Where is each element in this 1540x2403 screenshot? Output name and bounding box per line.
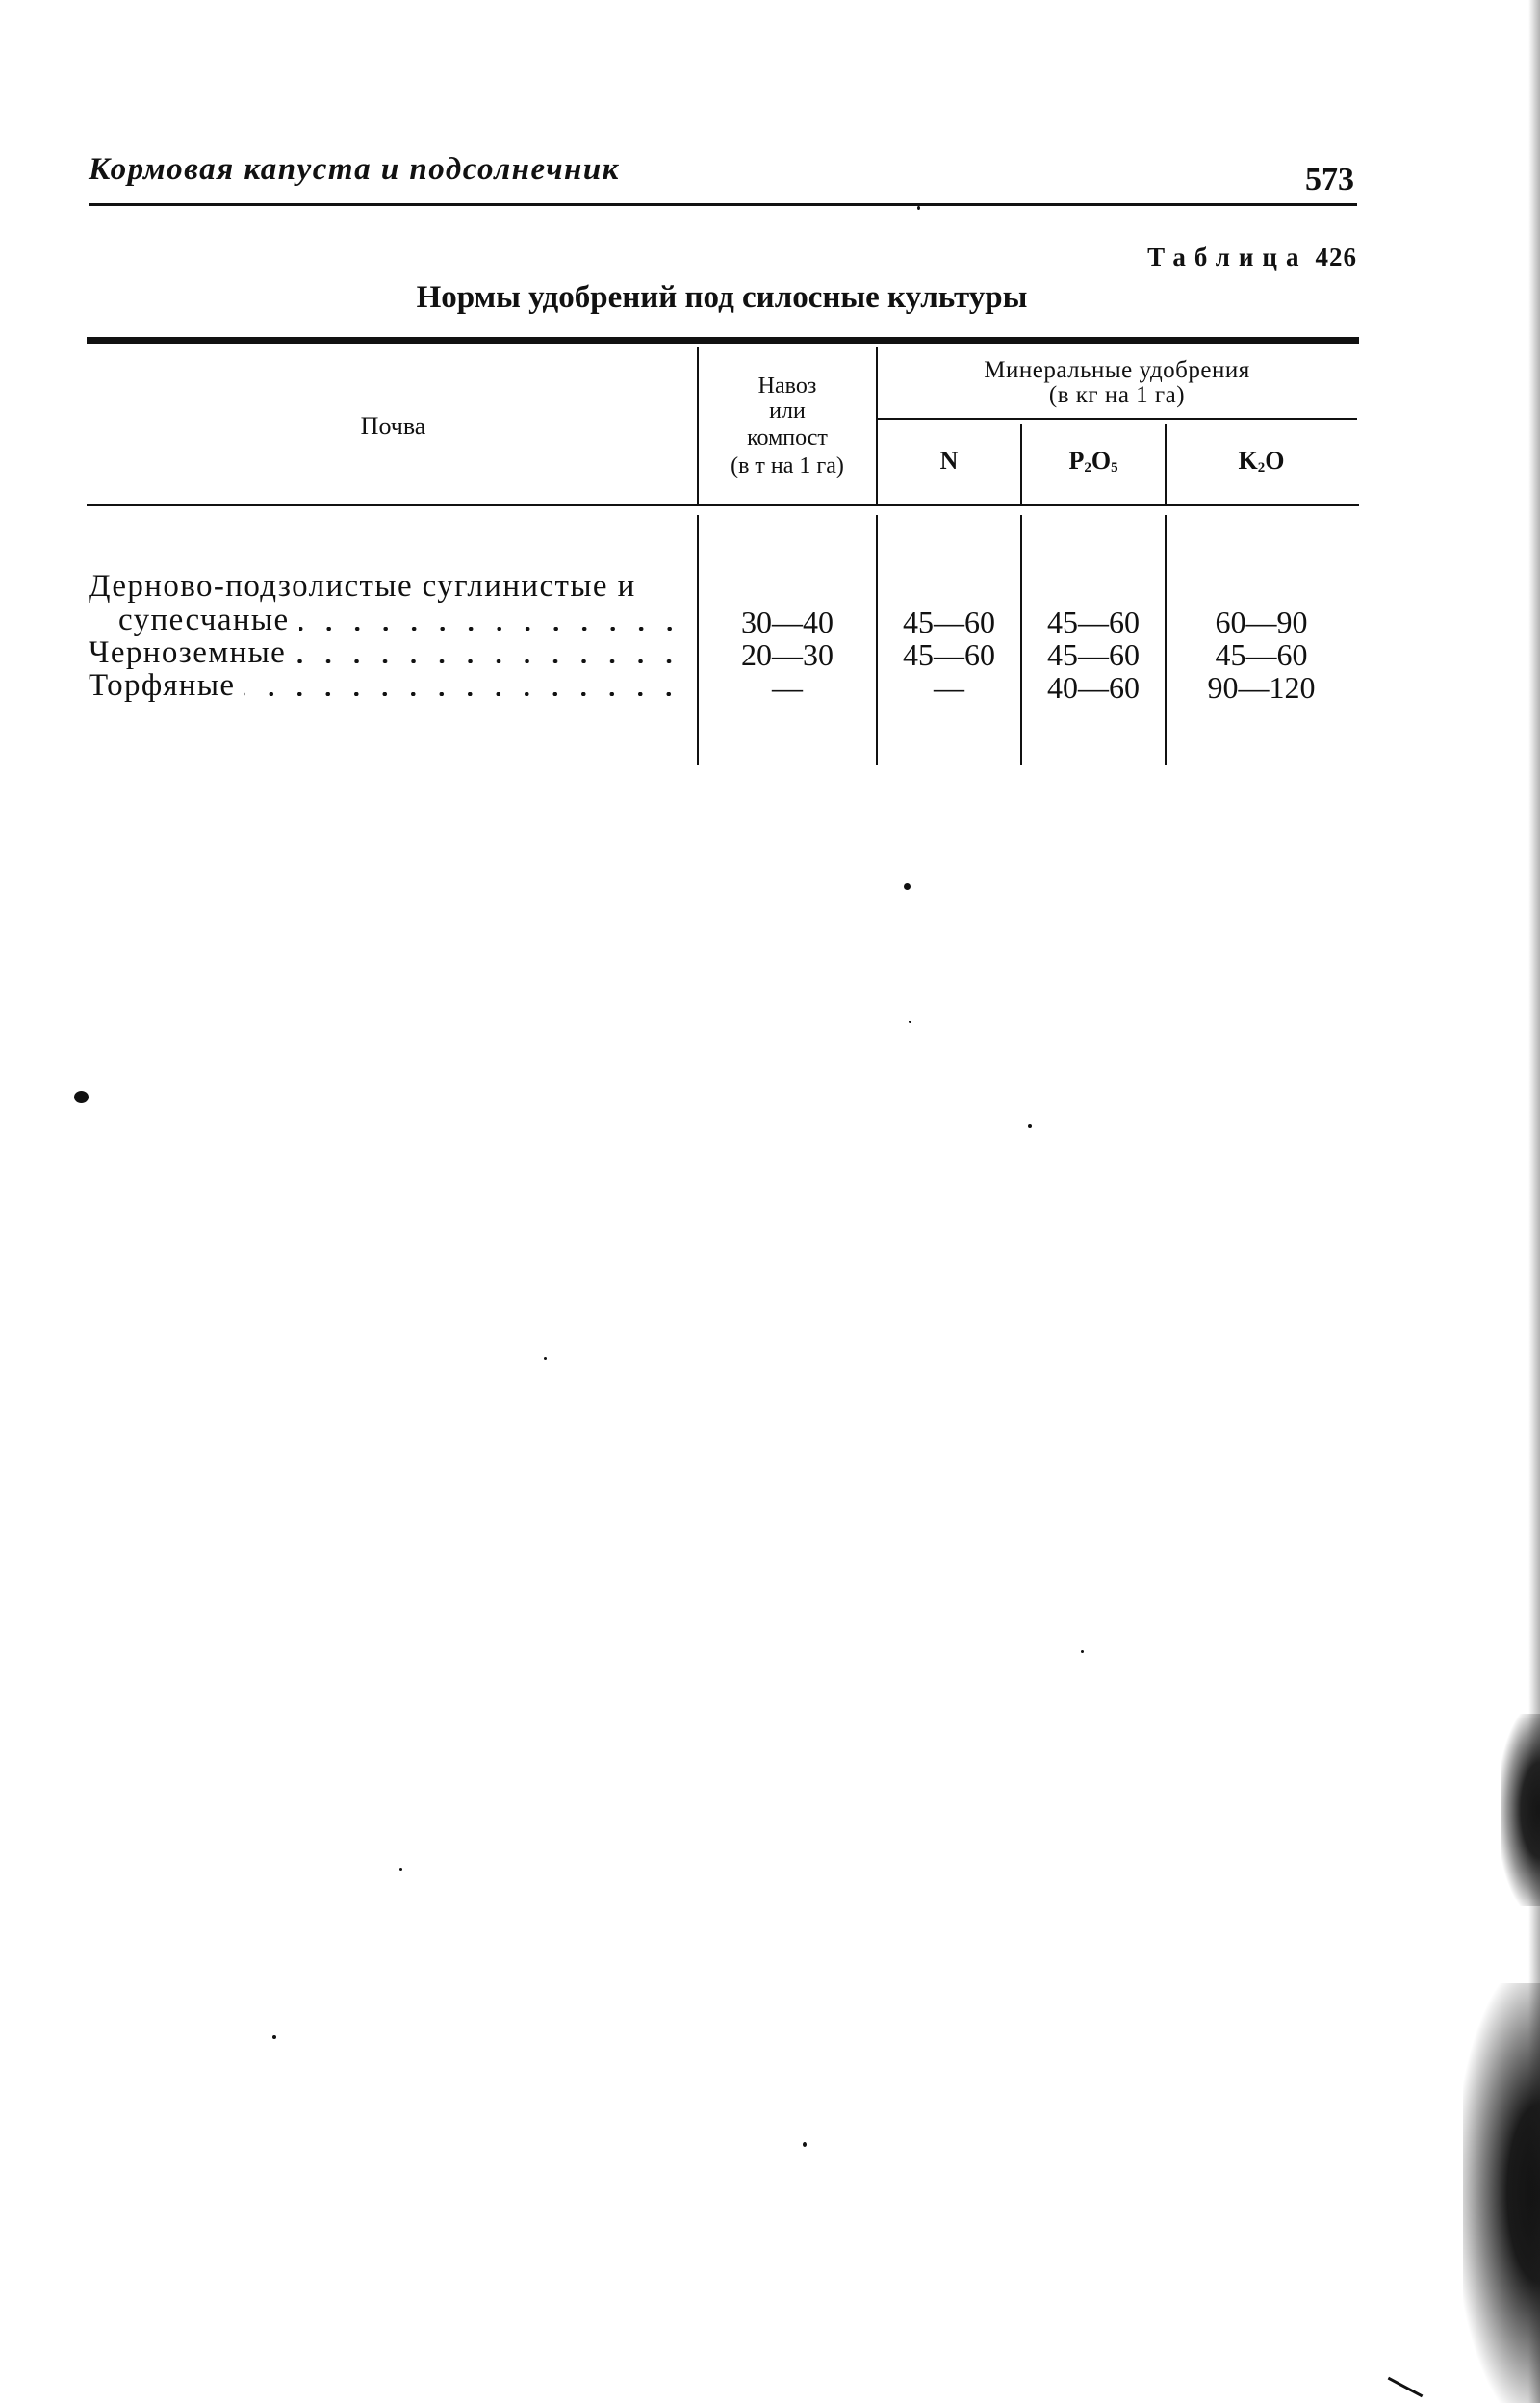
dot-leader [299, 627, 683, 631]
scan-speck [74, 1091, 89, 1103]
k2o-symbol-o: O [1265, 447, 1284, 475]
table-top-rule [87, 337, 1359, 344]
scan-speck [399, 1868, 402, 1871]
cell-n: 45—60 [877, 607, 1021, 637]
column-header-manure-line: компост [698, 426, 877, 451]
column-header-manure-line: Навоз [698, 374, 877, 399]
scan-edge-shadow [1463, 1983, 1540, 2403]
cell-manure: 20—30 [698, 639, 877, 670]
table-title: Нормы удобрений под силосные культуры [366, 282, 1078, 314]
scan-scratch [1388, 2377, 1424, 2397]
column-header-soil: Почва [89, 414, 698, 439]
scan-speck [904, 883, 911, 890]
cell-p2o5: 45—60 [1021, 639, 1166, 670]
column-header-n: N [877, 449, 1021, 474]
column-group-header-mineral-line1: Минеральные удобрения [877, 358, 1357, 383]
row-label-sod-podzolic-line1: Дерново-подзолистые суглинистые и [89, 571, 683, 603]
p2o5-subscript-5: 5 [1111, 460, 1118, 476]
column-header-manure-line: или [698, 399, 877, 424]
scan-speck [272, 2035, 276, 2039]
row-label-chernozem: Черноземные [89, 637, 683, 669]
cell-manure: — [698, 672, 877, 703]
row-label-text: супесчаные [118, 605, 290, 636]
k2o-symbol-k: K [1239, 447, 1258, 475]
row-label-peat: Торфяные [89, 670, 683, 702]
row-label-text: Черноземные [89, 637, 286, 669]
table-label: Таблица426 [1147, 245, 1357, 271]
scan-speck [803, 2142, 807, 2147]
row-label-text: Торфяные [89, 670, 235, 702]
column-group-header-mineral: Минеральные удобрения (в кг на 1 га) [877, 358, 1357, 408]
scan-speck [1028, 1124, 1032, 1128]
table-label-word: Таблица [1147, 243, 1307, 271]
p2o5-subscript-2: 2 [1084, 460, 1091, 476]
column-header-manure: Навоз или компост (в т на 1 га) [698, 374, 877, 478]
column-group-header-mineral-line2: (в кг на 1 га) [877, 383, 1357, 408]
cell-n: — [877, 672, 1021, 703]
header-inner-rule [877, 418, 1357, 420]
cell-k2o: 45—60 [1166, 639, 1357, 670]
dot-leader [244, 692, 683, 696]
scan-edge-shadow [1501, 1714, 1540, 1906]
page-number: 573 [1305, 164, 1354, 196]
row-label-sod-podzolic-line2: супесчаные [118, 605, 683, 636]
row-label-text: Дерново-подзолистые суглинистые и [89, 571, 636, 603]
cell-n: 45—60 [877, 639, 1021, 670]
header-bottom-rule [87, 504, 1359, 506]
p2o5-symbol-o: O [1091, 447, 1111, 475]
column-header-manure-line: (в т на 1 га) [698, 453, 877, 478]
running-header-title: Кормовая капуста и подсолнечник [89, 154, 620, 186]
scan-speck [1081, 1650, 1084, 1653]
p2o5-symbol-p: P [1068, 447, 1084, 475]
cell-p2o5: 40—60 [1021, 672, 1166, 703]
header-rule [89, 203, 1357, 206]
cell-k2o: 90—120 [1166, 672, 1357, 703]
column-header-p2o5: P2O5 [1021, 449, 1166, 476]
cell-k2o: 60—90 [1166, 607, 1357, 637]
cell-manure: 30—40 [698, 607, 877, 637]
table-number: 426 [1316, 243, 1358, 271]
scan-speck [909, 1021, 911, 1023]
dot-leader [295, 659, 683, 663]
scan-speck [544, 1357, 547, 1360]
scan-speck [917, 206, 920, 210]
column-header-k2o: K2O [1166, 449, 1357, 476]
cell-p2o5: 45—60 [1021, 607, 1166, 637]
scan-edge-shadow [1528, 0, 1540, 2403]
